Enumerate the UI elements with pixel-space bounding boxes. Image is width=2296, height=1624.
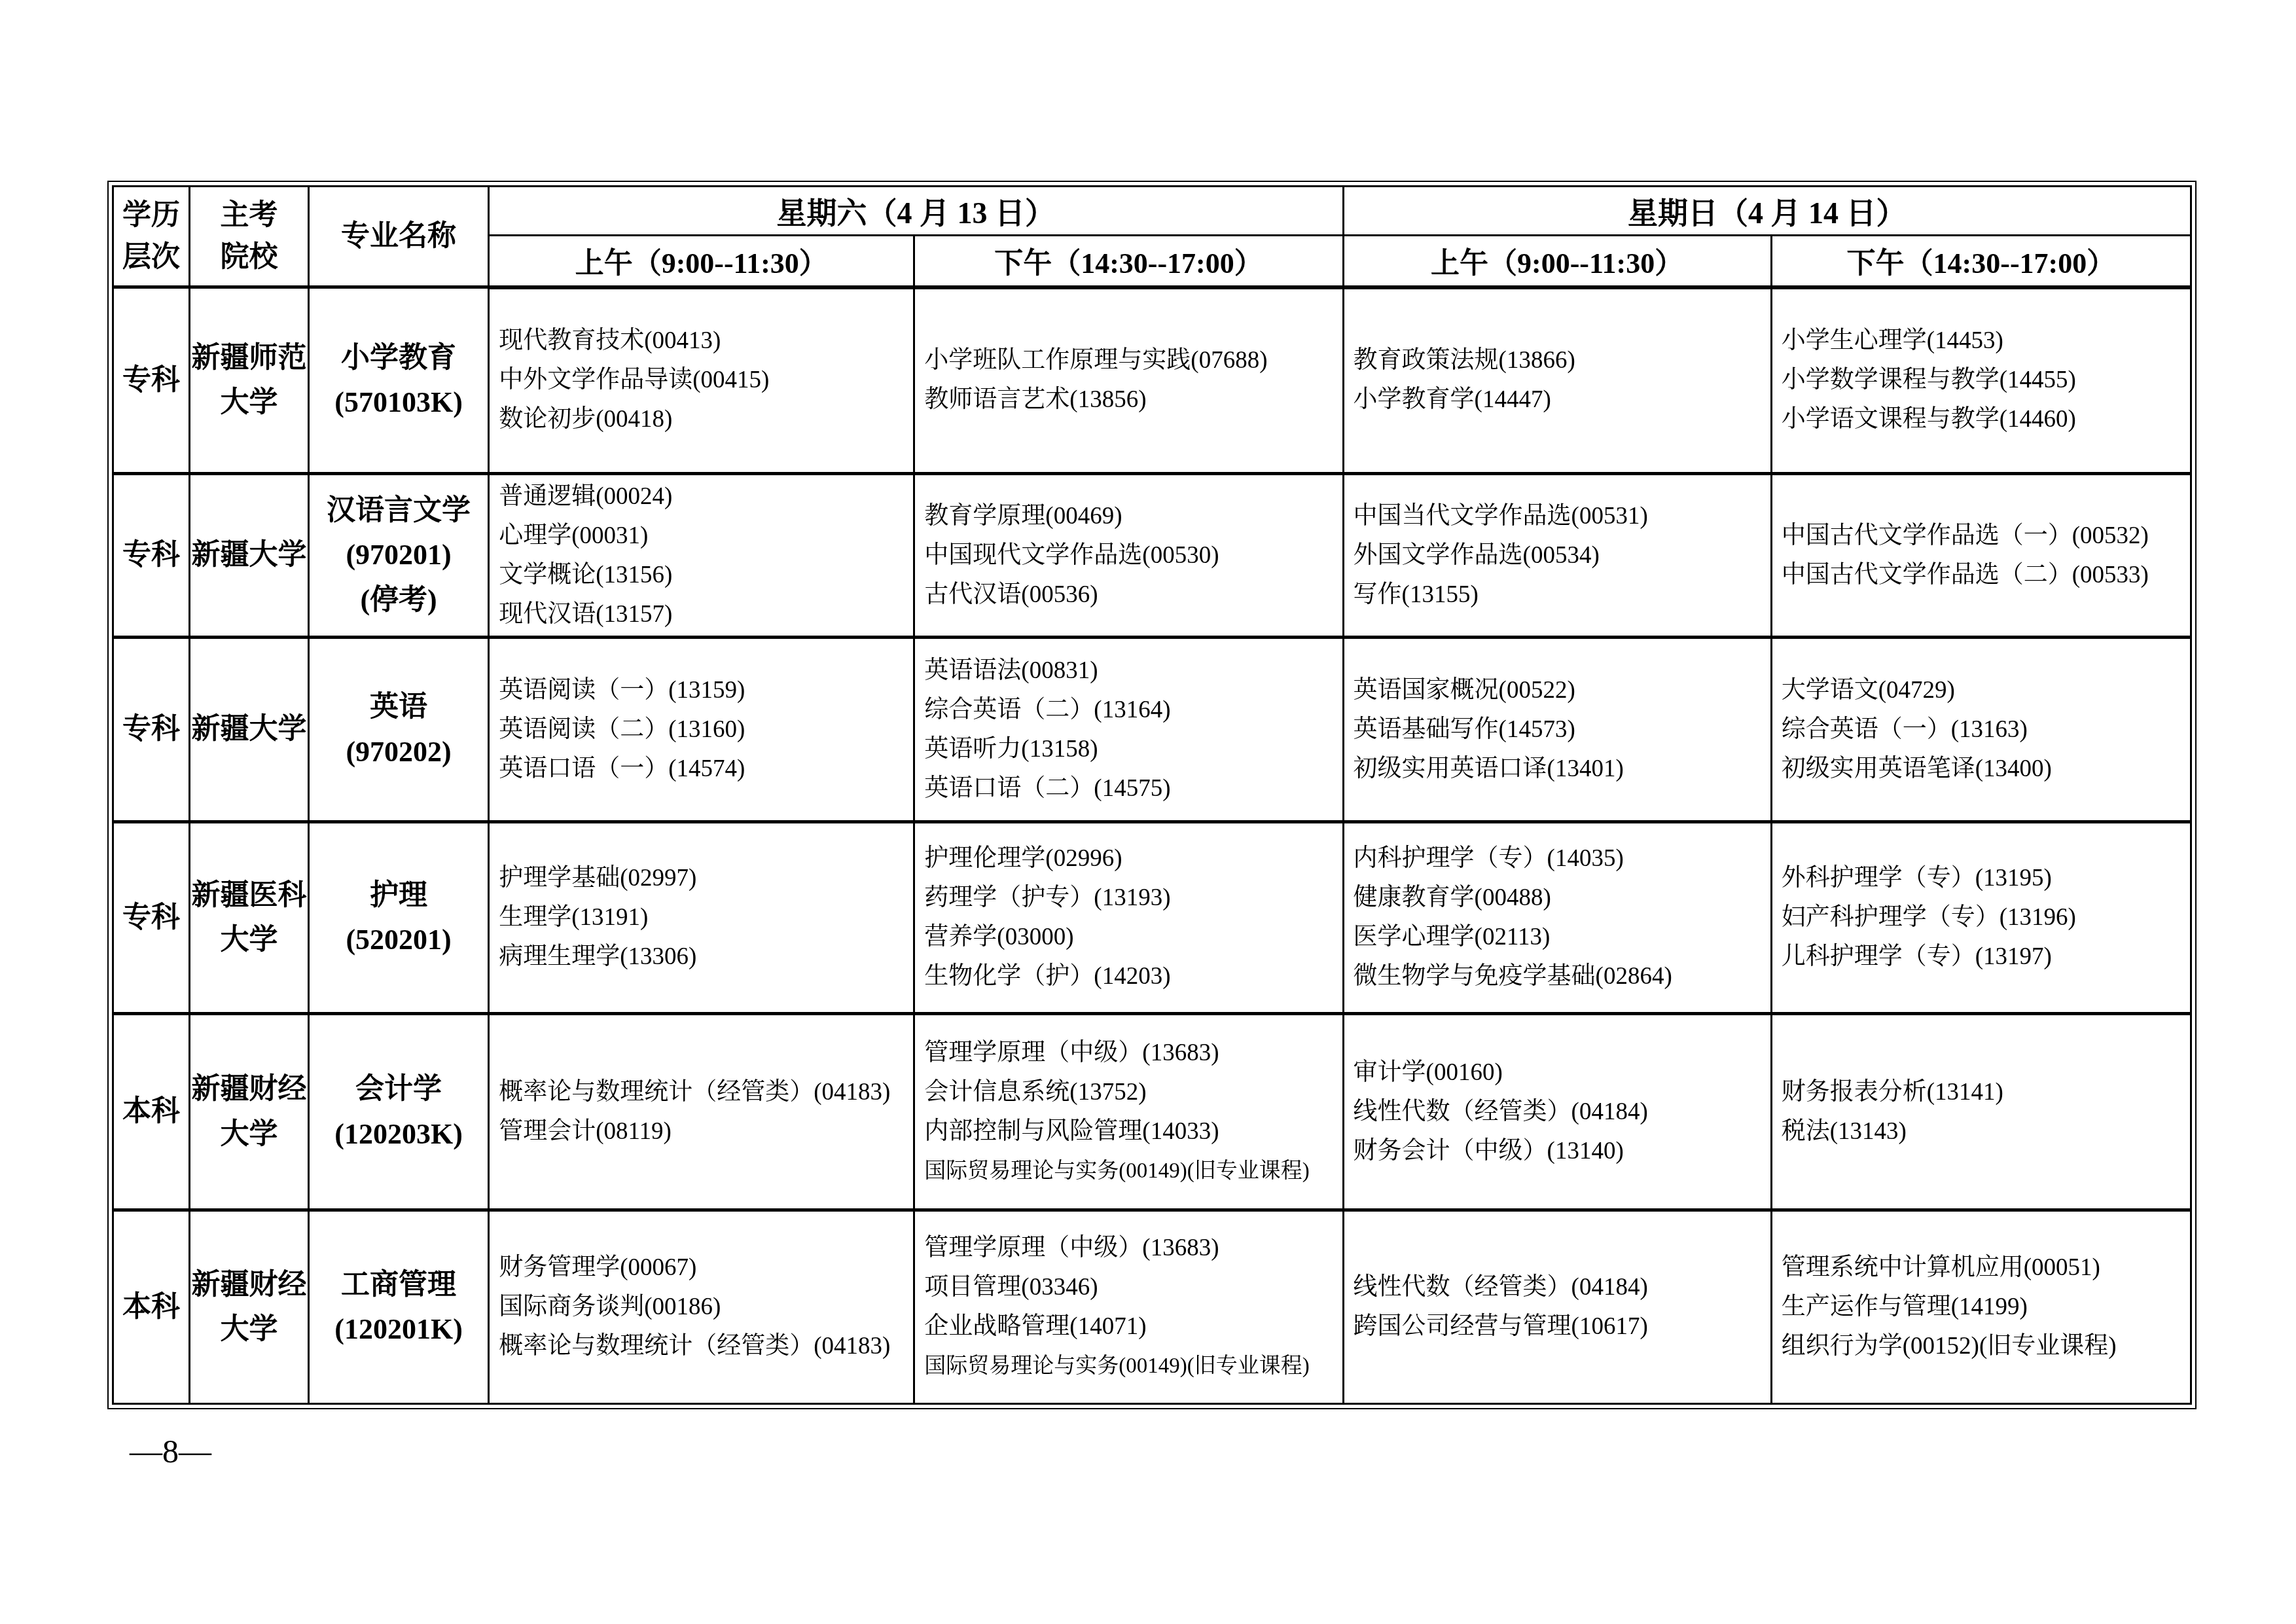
row-sat-am-courses: 英语阅读（一）(13159)英语阅读（二）(13160)英语口语（一）(1457… [489, 638, 914, 822]
row-sat-pm-courses: 管理学原理（中级）(13683)会计信息系统(13752)内部控制与风险管理(1… [914, 1014, 1343, 1210]
row-major: 汉语言文学(970201)(停考) [309, 474, 489, 638]
row-sat-pm-courses: 英语语法(00831)综合英语（二）(13164)英语听力(13158)英语口语… [914, 638, 1343, 822]
header-sunday: 星期日（4 月 14 日） [1343, 187, 2191, 236]
row-sun-pm-courses: 外科护理学（专）(13195)妇产科护理学（专）(13196)儿科护理学（专）(… [1771, 822, 2191, 1014]
row-sun-pm-courses: 小学生心理学(14453)小学数学课程与教学(14455)小学语文课程与教学(1… [1771, 287, 2191, 474]
row-level: 专科 [113, 638, 190, 822]
row-sat-am-courses: 财务管理学(00067)国际商务谈判(00186)概率论与数理统计（经管类）(0… [489, 1210, 914, 1404]
header-saturday: 星期六（4 月 13 日） [489, 187, 1343, 236]
row-school: 新疆大学 [190, 638, 309, 822]
table-row: 本科 新疆财经大学 工商管理(120201K) 财务管理学(00067)国际商务… [113, 1210, 2191, 1404]
row-sat-am-courses: 现代教育技术(00413)中外文学作品导读(00415)数论初步(00418) [489, 287, 914, 474]
table-row: 专科 新疆大学 汉语言文学(970201)(停考) 普通逻辑(00024)心理学… [113, 474, 2191, 638]
row-sun-am-courses: 教育政策法规(13866)小学教育学(14447) [1343, 287, 1771, 474]
row-school: 新疆财经大学 [190, 1014, 309, 1210]
row-sun-pm-courses: 管理系统中计算机应用(00051)生产运作与管理(14199)组织行为学(001… [1771, 1210, 2191, 1404]
row-sat-am-courses: 护理学基础(02997)生理学(13191)病理生理学(13306) [489, 822, 914, 1014]
row-major: 会计学(120203K) [309, 1014, 489, 1210]
row-level: 专科 [113, 822, 190, 1014]
header-sun-pm: 下午（14:30--17:00） [1771, 236, 2191, 287]
header-sun-am: 上午（9:00--11:30） [1343, 236, 1771, 287]
exam-timetable-table: 学历层次 主考院校 专业名称 星期六（4 月 13 日） 星期日（4 月 14 … [112, 185, 2192, 1405]
row-sat-am-courses: 概率论与数理统计（经管类）(04183)管理会计(08119) [489, 1014, 914, 1210]
row-sat-pm-courses: 小学班队工作原理与实践(07688)教师语言艺术(13856) [914, 287, 1343, 474]
row-sat-pm-courses: 教育学原理(00469)中国现代文学作品选(00530)古代汉语(00536) [914, 474, 1343, 638]
header-sat-am: 上午（9:00--11:30） [489, 236, 914, 287]
exam-schedule-page: { "page": { "number": "—8—" }, "table": … [0, 0, 2296, 1624]
row-level: 本科 [113, 1014, 190, 1210]
row-major: 工商管理(120201K) [309, 1210, 489, 1404]
row-sun-am-courses: 中国当代文学作品选(00531)外国文学作品选(00534)写作(13155) [1343, 474, 1771, 638]
row-level: 专科 [113, 474, 190, 638]
row-major: 英语(970202) [309, 638, 489, 822]
row-sat-am-courses: 普通逻辑(00024)心理学(00031)文学概论(13156)现代汉语(131… [489, 474, 914, 638]
row-level: 本科 [113, 1210, 190, 1404]
row-sun-am-courses: 线性代数（经管类）(04184)跨国公司经营与管理(10617) [1343, 1210, 1771, 1404]
row-sat-pm-courses: 护理伦理学(02996)药理学（护专）(13193)营养学(03000)生物化学… [914, 822, 1343, 1014]
row-sun-pm-courses: 大学语文(04729)综合英语（一）(13163)初级实用英语笔译(13400) [1771, 638, 2191, 822]
row-sun-am-courses: 审计学(00160)线性代数（经管类）(04184)财务会计（中级）(13140… [1343, 1014, 1771, 1210]
page-number: —8— [130, 1432, 211, 1470]
row-sun-pm-courses: 财务报表分析(13141)税法(13143) [1771, 1014, 2191, 1210]
header-sat-pm: 下午（14:30--17:00） [914, 236, 1343, 287]
header-level: 学历层次 [113, 187, 190, 287]
row-sun-pm-courses: 中国古代文学作品选（一）(00532)中国古代文学作品选（二）(00533) [1771, 474, 2191, 638]
row-level: 专科 [113, 287, 190, 474]
row-school: 新疆财经大学 [190, 1210, 309, 1404]
row-sat-pm-courses: 管理学原理（中级）(13683)项目管理(03346)企业战略管理(14071)… [914, 1210, 1343, 1404]
row-major: 小学教育(570103K) [309, 287, 489, 474]
header-school: 主考院校 [190, 187, 309, 287]
table-row: 专科 新疆医科大学 护理(520201) 护理学基础(02997)生理学(131… [113, 822, 2191, 1014]
row-school: 新疆师范大学 [190, 287, 309, 474]
table-row: 专科 新疆大学 英语(970202) 英语阅读（一）(13159)英语阅读（二）… [113, 638, 2191, 822]
row-school: 新疆大学 [190, 474, 309, 638]
row-major: 护理(520201) [309, 822, 489, 1014]
table-row: 专科 新疆师范大学 小学教育(570103K) 现代教育技术(00413)中外文… [113, 287, 2191, 474]
table-row: 本科 新疆财经大学 会计学(120203K) 概率论与数理统计（经管类）(041… [113, 1014, 2191, 1210]
header-major: 专业名称 [309, 187, 489, 287]
row-sun-am-courses: 英语国家概况(00522)英语基础写作(14573)初级实用英语口译(13401… [1343, 638, 1771, 822]
exam-timetable: 学历层次 主考院校 专业名称 星期六（4 月 13 日） 星期日（4 月 14 … [107, 181, 2197, 1409]
row-school: 新疆医科大学 [190, 822, 309, 1014]
row-sun-am-courses: 内科护理学（专）(14035)健康教育学(00488)医学心理学(02113)微… [1343, 822, 1771, 1014]
